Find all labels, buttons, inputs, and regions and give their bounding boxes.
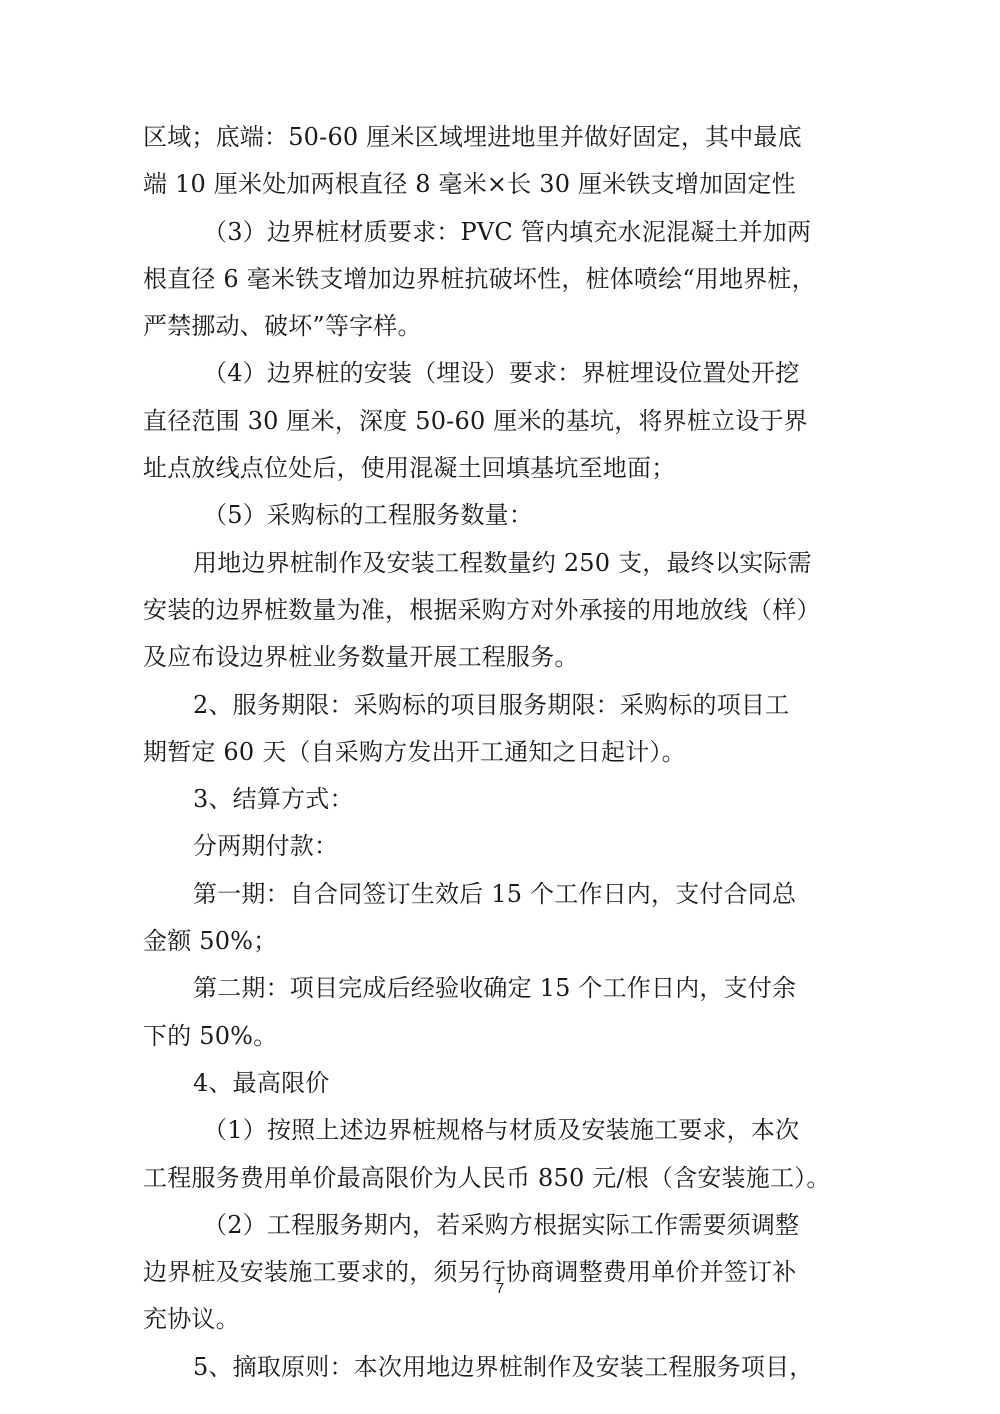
text-line: （3）边界桩材质要求：PVC 管内填充水泥混凝土并加两 — [143, 209, 859, 256]
section-heading-line: 5、摘取原则：本次用地边界桩制作及安装工程服务项目， — [143, 1344, 859, 1391]
text-line: 分两期付款： — [143, 823, 859, 870]
document-page: 区域；底端：50-60 厘米区域埋进地里并做好固定，其中最底 端 10 厘米处加… — [0, 0, 1000, 1414]
text-line: 期暂定 60 天（自采购方发出开工通知之日起计）。 — [143, 729, 859, 776]
section-heading-line: 2、服务期限：采购标的项目服务期限：采购标的项目工 — [143, 682, 859, 729]
document-body: 区域；底端：50-60 厘米区域埋进地里并做好固定，其中最底 端 10 厘米处加… — [143, 114, 859, 1391]
text-line: 及应布设边界桩业务数量开展工程服务。 — [143, 634, 859, 681]
text-line: （4）边界桩的安装（埋设）要求：界桩埋设位置处开挖 — [143, 350, 859, 397]
text-line: 第二期：项目完成后经验收确定 15 个工作日内，支付余 — [143, 965, 859, 1012]
section-heading-line: 3、结算方式： — [143, 776, 859, 823]
text-line: 金额 50%； — [143, 918, 859, 965]
text-line: （1）按照上述边界桩规格与材质及安装施工要求，本次 — [143, 1107, 859, 1154]
section-heading-line: 4、最高限价 — [143, 1060, 859, 1107]
page-number: 7 — [0, 1280, 1000, 1297]
text-line: 根直径 6 毫米铁支增加边界桩抗破坏性，桩体喷绘“用地界桩， — [143, 256, 859, 303]
text-line: 第一期：自合同签订生效后 15 个工作日内，支付合同总 — [143, 871, 859, 918]
text-line: 址点放线点位处后，使用混凝土回填基坑至地面； — [143, 445, 859, 492]
text-line: 端 10 厘米处加两根直径 8 毫米×长 30 厘米铁支增加固定性 — [143, 161, 859, 208]
text-line: （2）工程服务期内，若采购方根据实际工作需要须调整 — [143, 1202, 859, 1249]
text-line: 直径范围 30 厘米，深度 50-60 厘米的基坑，将界桩立设于界 — [143, 398, 859, 445]
text-line: （5）采购标的工程服务数量： — [143, 492, 859, 539]
text-line: 充协议。 — [143, 1296, 859, 1343]
text-line: 下的 50%。 — [143, 1013, 859, 1060]
text-line: 用地边界桩制作及安装工程数量约 250 支，最终以实际需 — [143, 540, 859, 587]
text-line: 工程服务费用单价最高限价为人民币 850 元/根（含安装施工）。 — [143, 1155, 859, 1202]
text-line: 安装的边界桩数量为准，根据采购方对外承接的用地放线（样） — [143, 587, 859, 634]
text-line: 区域；底端：50-60 厘米区域埋进地里并做好固定，其中最底 — [143, 114, 859, 161]
text-line: 严禁挪动、破坏”等字样。 — [143, 303, 859, 350]
